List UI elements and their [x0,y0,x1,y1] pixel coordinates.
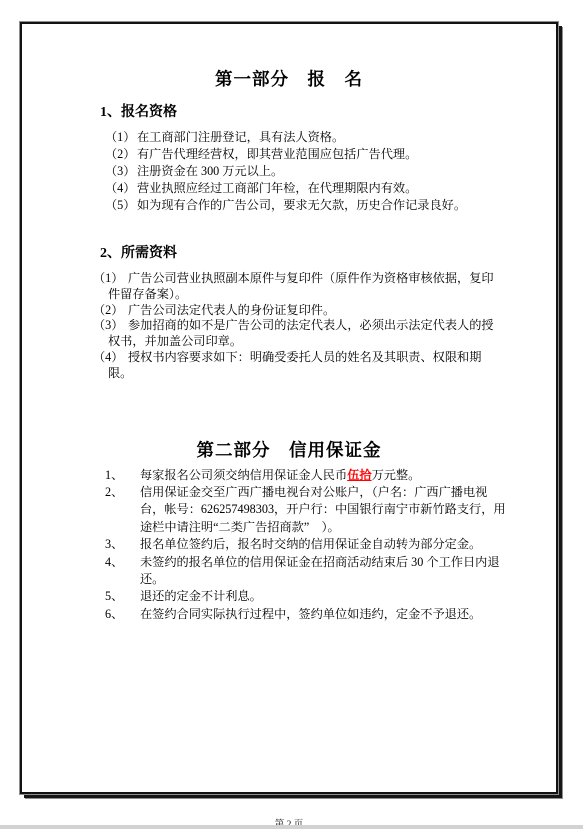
list-item: （1）在工商部门注册登记，具有法人资格。 [22,129,556,146]
list-item: （3）参加招商的如不是广告公司的法定代表人，必须出示法定代表人的授权书，并加盖公… [22,318,556,350]
item-number: （4） [93,350,128,366]
item-number: （3） [105,163,137,180]
item-text: 广告公司法定代表人的身份证复印件。 [128,303,335,317]
list-item: 6、在签约合同实际执行过程中，签约单位如违约，定金不予退还。 [22,606,556,623]
list-item: 1、每家报名公司须交纳信用保证金人民币伍拾万元整。 [22,467,556,484]
list-item: 5、退还的定金不计利息。 [22,588,556,605]
item-text: 在签约合同实际执行过程中，签约单位如违约，定金不予退还。 [140,607,481,621]
item-number: （4） [105,180,137,197]
item-text: 注册资金在 300 万元以上。 [137,164,283,178]
document-page: 第一部分 报 名 1、报名资格 （1）在工商部门注册登记，具有法人资格。 （2）… [20,22,558,794]
item-text: 如为现有合作的广告公司，要求无欠款，历史合作记录良好。 [137,198,466,212]
item-text: 信用保证金交至广西广播电视台对公账户，（户名：广西广播电视台，帐号：626257… [140,485,506,534]
list-item: （4）营业执照应经过工商部门年检，在代理期限内有效。 [22,180,556,197]
list-item: （5）如为现有合作的广告公司，要求无欠款，历史合作记录良好。 [22,197,556,214]
item-text-suffix: 万元整。 [372,468,421,482]
list-item: （1）广告公司营业执照副本原件与复印件（原件作为资格审核依据，复印件留存备案）。 [22,271,556,303]
item-text: 授权书内容要求如下：明确受委托人员的姓名及其职责、权限和期限。 [108,350,481,380]
item-text: 广告公司营业执照副本原件与复印件（原件作为资格审核依据，复印件留存备案）。 [108,271,494,301]
list-item: 3、报名单位签约后，报名时交纳的信用保证金自动转为部分定金。 [22,536,556,553]
item-number: 6、 [105,606,140,623]
part2-list: 1、每家报名公司须交纳信用保证金人民币伍拾万元整。 2、信用保证金交至广西广播电… [22,467,556,624]
list-item: （3）注册资金在 300 万元以上。 [22,163,556,180]
item-text: 有广告代理经营权，即其营业范围应包括广告代理。 [137,147,417,161]
list-item: （2）广告公司法定代表人的身份证复印件。 [22,303,556,319]
part1-title: 第一部分 报 名 [22,69,556,90]
list-item: （4）授权书内容要求如下：明确受委托人员的姓名及其职责、权限和期限。 [22,350,556,382]
item-number: （5） [105,197,137,214]
section2-list: （1）广告公司营业执照副本原件与复印件（原件作为资格审核依据，复印件留存备案）。… [22,271,556,382]
item-number: 4、 [105,554,140,571]
item-number: 3、 [105,536,140,553]
item-number: （1） [105,129,137,146]
item-text: 报名单位签约后，报名时交纳的信用保证金自动转为部分定金。 [140,537,481,551]
list-item: （2）有广告代理经营权，即其营业范围应包括广告代理。 [22,146,556,163]
item-number: （3） [93,318,128,334]
item-number: （2） [105,146,137,163]
item-text: 在工商部门注册登记，具有法人资格。 [137,130,344,144]
page-content: 第一部分 报 名 1、报名资格 （1）在工商部门注册登记，具有法人资格。 （2）… [22,69,556,829]
window-bottom-edge [0,825,583,829]
item-number: 1、 [105,467,140,484]
item-text: 参加招商的如不是广告公司的法定代表人，必须出示法定代表人的授权书，并加盖公司印章… [108,318,494,348]
section2-heading: 2、所需资料 [100,245,556,263]
item-text: 退还的定金不计利息。 [140,589,262,603]
item-text-prefix: 每家报名公司须交纳信用保证金人民币 [140,468,347,482]
item-text: 未签约的报名单位的信用保证金在招商活动结束后 30 个工作日内退还。 [140,555,500,586]
item-number: （2） [93,303,128,319]
list-item: 2、信用保证金交至广西广播电视台对公账户，（户名：广西广播电视台，帐号：6262… [22,484,556,536]
highlighted-amount: 伍拾 [347,468,371,482]
item-text: 营业执照应经过工商部门年检，在代理期限内有效。 [137,181,417,195]
part2-title: 第二部分 信用保证金 [22,440,556,461]
section1-list: （1）在工商部门注册登记，具有法人资格。 （2）有广告代理经营权，即其营业范围应… [22,129,556,214]
section1-heading: 1、报名资格 [100,104,556,122]
item-number: 5、 [105,588,140,605]
list-item: 4、未签约的报名单位的信用保证金在招商活动结束后 30 个工作日内退还。 [22,554,556,589]
item-number: （1） [93,271,128,287]
item-number: 2、 [105,484,140,501]
